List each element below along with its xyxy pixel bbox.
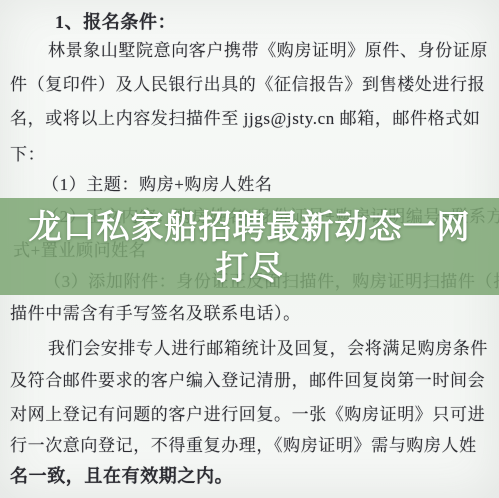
caption-title-line1: 龙口私家船招聘最新动态一网	[29, 206, 471, 247]
doc-line-item-1: （1）主题：购房+购房人姓名	[42, 170, 273, 195]
doc-line: 名一致，且在有效期之内。	[10, 462, 233, 488]
doc-line: 我们会安排专人进行邮箱统计及回复，会将满足购房条件	[48, 334, 488, 359]
doc-line: 件（复印件）及人民银行出具的《征信报告》到售楼处进行报	[10, 70, 485, 95]
doc-line: 及符合邮件要求的客户编入登记清册，邮件回复岗第一时间会	[10, 366, 485, 391]
doc-line-heading: 1、报名条件：	[55, 8, 176, 34]
doc-line-email: 名，或将以上内容发扫描件至 jjgs@jsty.cn 邮箱，邮件格式如	[10, 104, 480, 129]
doc-line: 林景象山墅院意向客户携带《购房证明》原件、身份证原	[48, 36, 488, 61]
caption-title: 龙口私家船招聘最新动态一网 打尽	[0, 198, 499, 295]
doc-line: 描件中需含有手写签名及联系电话）。	[10, 299, 301, 324]
caption-title-line2: 打尽	[216, 247, 284, 288]
document-photo: 1、报名条件： 林景象山墅院意向客户携带《购房证明》原件、身份证原 件（复印件）…	[0, 0, 499, 498]
doc-line: 行一次意向登记，不得重复办理，《购房证明》需与购房人姓	[10, 431, 477, 456]
doc-line: 对网上登记有问题的客户进行回复。一张《购房证明》只可进	[10, 400, 485, 425]
doc-line: 下：	[10, 140, 45, 165]
